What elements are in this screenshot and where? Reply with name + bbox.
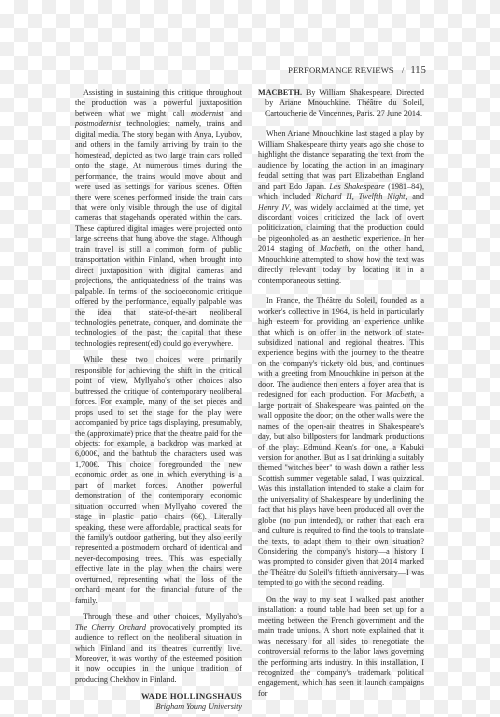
journal-page: PERFORMANCE REVIEWS / 115 Assisting in s… <box>0 0 500 717</box>
italic-title: modernist <box>191 109 224 118</box>
text-run: In France, the Théâtre du Soleil, founde… <box>258 296 424 399</box>
text-run: On the way to my seat I walked past anot… <box>258 595 424 698</box>
italic-title: Henry IV <box>258 203 289 212</box>
reviewer-affiliation: Brigham Young University <box>75 702 242 712</box>
text-run: , and <box>405 192 424 201</box>
italic-title: Richard II <box>316 192 352 201</box>
right-column: MACBETH. By William Shakespeare. Directe… <box>258 88 424 699</box>
paragraph: While these two choices were primarily r… <box>75 355 242 606</box>
paragraph: Assisting in sustaining this critique th… <box>75 88 242 349</box>
italic-title: Macbeth <box>320 244 348 253</box>
text-run: , <box>352 192 359 201</box>
italic-title: Macbeth <box>386 390 414 399</box>
text-run: While these two choices were primarily r… <box>75 355 242 604</box>
paragraph: In France, the Théâtre du Soleil, founde… <box>258 296 424 589</box>
production-title: MACBETH. <box>258 88 302 97</box>
paragraph: When Ariane Mnouchkine last staged a pla… <box>258 129 424 286</box>
italic-title: Les Shakespeare <box>329 182 384 191</box>
paragraph: On the way to my seat I walked past anot… <box>258 595 424 700</box>
text-run: Through these and other choices, Myllyah… <box>83 612 242 621</box>
header-separator: / <box>402 65 405 75</box>
review-entry-heading: MACBETH. By William Shakespeare. Directe… <box>258 88 424 119</box>
text-run: technologies: namely, trains and digital… <box>75 119 242 348</box>
italic-title: The Cherry Orchard <box>75 623 146 632</box>
italic-title: Twelfth Night <box>359 192 406 201</box>
text-run: and <box>224 109 242 118</box>
left-column: Assisting in sustaining this critique th… <box>75 88 242 712</box>
page-number: 115 <box>410 65 426 76</box>
paragraph: Through these and other choices, Myllyah… <box>75 612 242 685</box>
reviewer-name: WADE HOLLINGSHAUS <box>75 691 242 701</box>
section-title: PERFORMANCE REVIEWS <box>288 65 394 75</box>
italic-title: postmodernist <box>75 119 121 128</box>
text-run: , a large portrait of Shakespeare was pa… <box>258 390 424 587</box>
running-head: PERFORMANCE REVIEWS / 115 <box>280 65 426 76</box>
reviewer-signature: WADE HOLLINGSHAUS Brigham Young Universi… <box>75 691 242 712</box>
